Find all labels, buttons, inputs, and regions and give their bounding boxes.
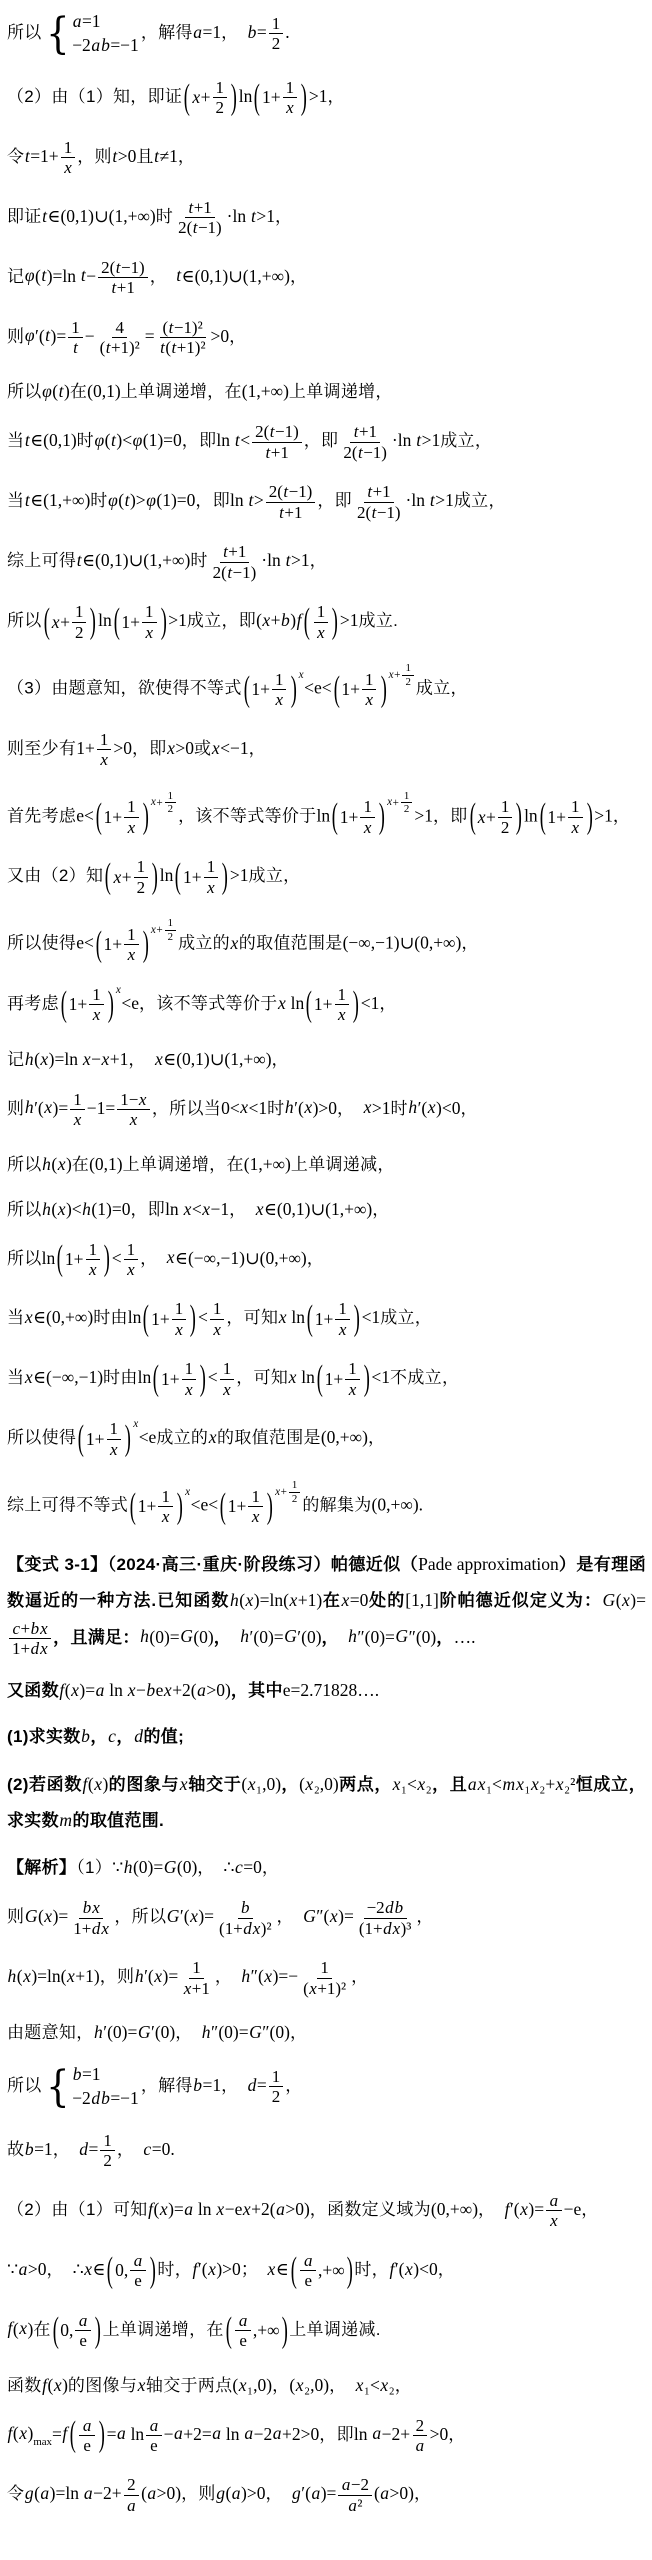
math-line-7: 所以φ(t)在(0,1)上单调递增，在(1,+∞)上单调递增，: [7, 377, 646, 402]
part3-start: （3）由题意知，欲使得不等式(1+1x)x<e<(1+1x)x+12成立，: [7, 662, 646, 710]
math-line-24: 当x∈(−∞,−1)时由ln(1+1x)<1x，可知x ln(1+1x)<1不成…: [7, 1359, 646, 1399]
math-line-35: 所以{b=1−2db=−1，解得b=1， d=12，: [7, 2063, 646, 2111]
math-line-34: 由题意知，h′(0)=G′(0)， h″(0)=G″(0)，: [7, 2018, 646, 2043]
math-line-3: 令t=1+1x，则t>0且t≠1，: [7, 138, 646, 178]
math-line-17: 再考虑(1+1x)x<e，该不等式等价于x ln(1+1x)<1，: [7, 985, 646, 1025]
document-body: 所以{a=1−2ab=−1，解得a=1， b=12.（2）由（1）知，即证(x+…: [0, 0, 652, 2537]
part2-solution-start: （2）由（1）可知f(x)=a ln x−ex+2(a>0)，函数定义域为(0,…: [7, 2191, 646, 2231]
math-line-22: 所以ln(1+1x)<1x， x∈(−∞,−1)∪(0,+∞)，: [7, 1240, 646, 1280]
math-line-23: 当x∈(0,+∞)时由ln(1+1x)<1x，可知x ln(1+1x)<1成立，: [7, 1299, 646, 1339]
solve-ab-line: 所以{a=1−2ab=−1，解得a=1， b=12.: [7, 10, 646, 58]
math-line-32: 则G(x)=bx1+dx，所以G′(x)=b(1+dx)²， G″(x)=−2d…: [7, 1898, 646, 1938]
math-line-33: h(x)=ln(x+1)，则h′(x)=1x+1， h″(x)=−1(x+1)²…: [7, 1958, 646, 1998]
math-line-38: ∵a>0， ∴x∈(0,ae)时，f′(x)>0； x∈(ae,+∞)时，f′(…: [7, 2251, 646, 2291]
math-line-36: 故b=1， d=12， c=0.: [7, 2131, 646, 2171]
math-line-41: f(x)max=f(ae)=a lnae−a+2=a ln a−2a+2>0，即…: [7, 2416, 646, 2456]
math-line-39: f(x)在(0,ae)上单调递增，在(ae,+∞)上单调递减.: [7, 2311, 646, 2351]
math-line-42: 令g(a)=ln a−2+2a(a>0)，则g(a)>0， g′(a)=a−2a…: [7, 2475, 646, 2515]
math-line-14: 首先考虑e<(1+1x)x+12，该不等式等价于ln(1+1x)x+12>1，即…: [7, 790, 646, 838]
math-line-9: 当t∈(1,+∞)时φ(t)>φ(1)=0，即ln t>2(t−1)t+1，即t…: [7, 482, 646, 522]
math-line-15: 又由（2）知(x+12)ln(1+1x)>1成立，: [7, 857, 646, 897]
variant-question-1: (1)求实数b，c，d的值;: [7, 1722, 646, 1747]
math-line-6: 则φ′(t)=1t−4(t+1)²=(t−1)²t(t+1)²>0，: [7, 318, 646, 358]
analysis-start: 【解析】（1）∵h(0)=G(0)， ∴c=0，: [7, 1853, 646, 1878]
math-line-19: 则h′(x)=1x−1=1−xx，所以当0<x<1时h′(x)>0， x>1时h…: [7, 1090, 646, 1130]
math-line-26: 综上可得不等式(1+1x)x<e<(1+1x)x+12的解集为(0,+∞).: [7, 1479, 646, 1527]
math-line-11: 所以(x+12)ln(1+1x)>1成立，即(x+b)f(1x)>1成立.: [7, 602, 646, 642]
variant-question-2: (2)若函数f(x)的图象与x轴交于(x₁,0)，(x₂,0)两点，x₁<x₂，…: [7, 1767, 646, 1839]
variant-function-line: 又函数f(x)=a ln x−bex+2(a>0)，其中e=2.71828….: [7, 1673, 646, 1709]
math-line-13: 则至少有1+1x>0，即x>0或x<−1，: [7, 730, 646, 770]
math-line-20: 所以h(x)在(0,1)上单调递增，在(1,+∞)上单调递减，: [7, 1150, 646, 1175]
part2-start: （2）由（1）知，即证(x+12)ln(1+1x)>1，: [7, 78, 646, 118]
math-line-21: 所以h(x)<h(1)=0，即ln x<x−1， x∈(0,1)∪(1,+∞)，: [7, 1195, 646, 1220]
math-line-8: 当t∈(0,1)时φ(t)<φ(1)=0，即ln t<2(t−1)t+1，即t+…: [7, 422, 646, 462]
variant-problem-paragraph: 【变式 3-1】（2024·高三·重庆·阶段练习）帕德近似（Pade appro…: [7, 1547, 646, 1659]
math-line-18: 记h(x)=ln x−x+1， x∈(0,1)∪(1,+∞)，: [7, 1045, 646, 1070]
math-line-5: 记φ(t)=ln t−2(t−1)t+1， t∈(0,1)∪(1,+∞)，: [7, 258, 646, 298]
math-line-16: 所以使得e<(1+1x)x+12成立的x的取值范围是(−∞,−1)∪(0,+∞)…: [7, 917, 646, 965]
math-line-4: 即证t∈(0,1)∪(1,+∞)时t+12(t−1)·ln t>1，: [7, 198, 646, 238]
math-line-10: 综上可得t∈(0,1)∪(1,+∞)时t+12(t−1)·ln t>1，: [7, 542, 646, 582]
math-line-25: 所以使得(1+1x)x<e成立的x的取值范围是(0,+∞)，: [7, 1419, 646, 1459]
math-line-40: 函数f(x)的图像与x轴交于两点(x₁,0)，(x₂,0)， x₁<x₂，: [7, 2371, 646, 2396]
